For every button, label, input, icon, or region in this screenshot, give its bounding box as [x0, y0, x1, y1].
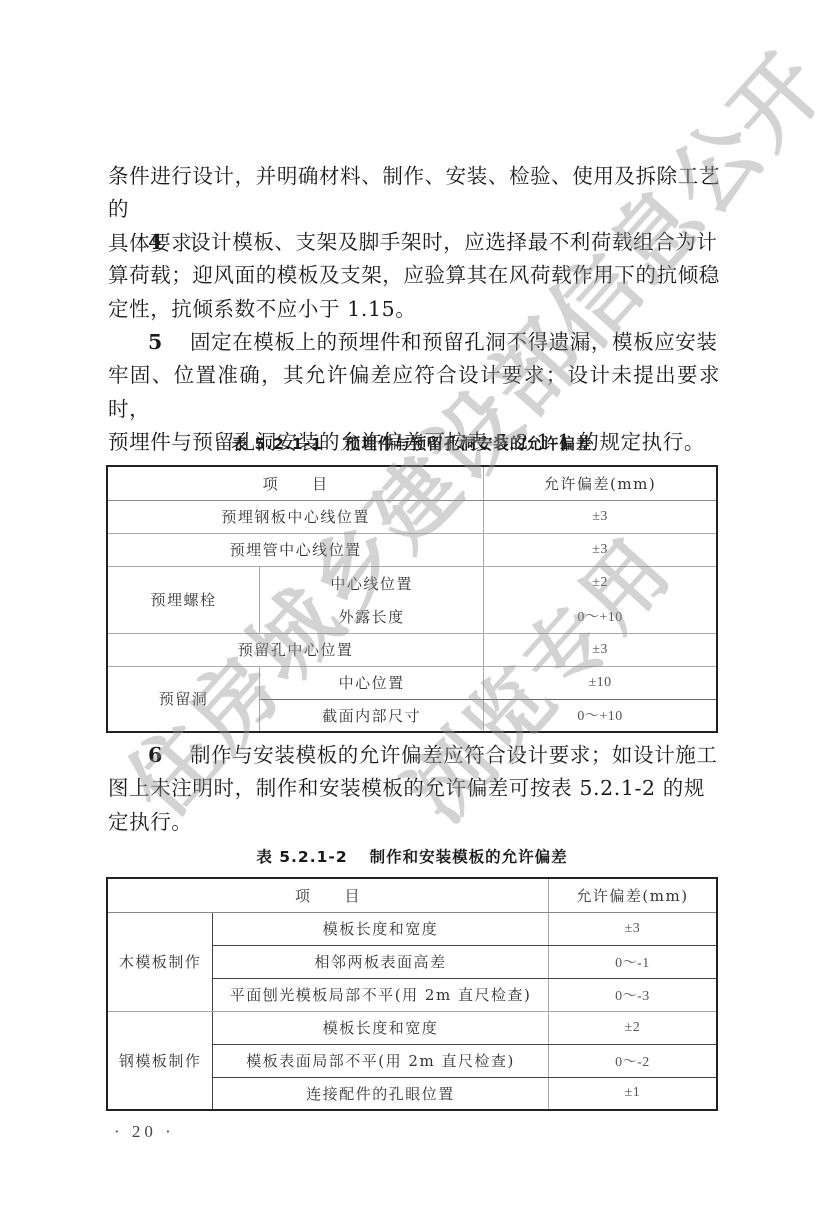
item-number: 4 — [148, 226, 190, 259]
paragraph-item-6: 6制作与安装模板的允许偏差应符合设计要求；如设计施工 图上未注明时，制作和安装模… — [108, 739, 720, 839]
row-item: 相邻两板表面高差 — [213, 945, 549, 978]
row-item: 模板表面局部不平(用 2m 直尺检查) — [213, 1044, 549, 1077]
item-first-line: 固定在模板上的预埋件和预留孔洞不得遗漏，模板应安装 — [190, 330, 718, 354]
table-1: 项 目 允许偏差(mm) 预埋钢板中心线位置 ±3 预埋管中心线位置 ±3 预埋… — [106, 465, 718, 733]
row-group: 木模板制作 — [107, 912, 213, 1011]
text-line: 定执行。 — [108, 806, 720, 839]
item-number: 6 — [148, 739, 190, 772]
row-tolerance: ±3 — [484, 633, 717, 666]
table-header-row: 项 目 允许偏差(mm) — [107, 466, 717, 500]
caption-title: 制作和安装模板的允许偏差 — [370, 848, 568, 866]
row-item: 预埋钢板中心线位置 — [107, 500, 484, 533]
header-tolerance: 允许偏差(mm) — [548, 878, 717, 912]
table-row: 预留洞 中心位置 ±10 — [107, 666, 717, 699]
table-2: 项 目 允许偏差(mm) 木模板制作 模板长度和宽度 ±3 相邻两板表面高差 0… — [106, 877, 718, 1111]
row-item: 预埋管中心线位置 — [107, 533, 484, 566]
row-item: 模板长度和宽度 — [213, 912, 549, 945]
table-2-caption: 表 5.2.1-2制作和安装模板的允许偏差 — [106, 845, 718, 867]
row-item: 外露长度 — [259, 600, 483, 633]
text-line: 4设计模板、支架及脚手架时，应选择最不利荷载组合为计 — [108, 226, 720, 259]
document-page: 条件进行设计，并明确材料、制作、安装、检验、使用及拆除工艺的 具体要求。 4设计… — [0, 0, 824, 1216]
row-item: 预留孔中心位置 — [107, 633, 484, 666]
text-line: 条件进行设计，并明确材料、制作、安装、检验、使用及拆除工艺的 — [108, 160, 720, 227]
item-first-line: 设计模板、支架及脚手架时，应选择最不利荷载组合为计 — [190, 230, 718, 254]
paragraph-item-4: 4设计模板、支架及脚手架时，应选择最不利荷载组合为计 算荷载；迎风面的模板及支架… — [108, 226, 720, 326]
caption-number: 表 5.2.1-1 — [232, 435, 323, 453]
row-tolerance: 0～+10 — [484, 600, 717, 633]
table-row: 预埋管中心线位置 ±3 — [107, 533, 717, 566]
row-group: 预留洞 — [107, 666, 259, 732]
row-tolerance: 0～+10 — [484, 699, 717, 732]
header-item: 项 目 — [107, 878, 548, 912]
text-line: 算荷载；迎风面的模板及支架，应验算其在风荷载作用下的抗倾稳 — [108, 259, 720, 292]
row-tolerance: ±1 — [548, 1077, 717, 1110]
row-item: 中心线位置 — [259, 566, 483, 600]
row-tolerance: 0～-2 — [548, 1044, 717, 1077]
text-line: 定性，抗倾系数不应小于 1.15。 — [108, 293, 720, 326]
row-item: 截面内部尺寸 — [259, 699, 483, 732]
row-tolerance: ±3 — [484, 500, 717, 533]
header-tolerance: 允许偏差(mm) — [484, 466, 717, 500]
table-row: 木模板制作 模板长度和宽度 ±3 — [107, 912, 717, 945]
text-line: 5固定在模板上的预埋件和预留孔洞不得遗漏，模板应安装 — [108, 326, 720, 359]
row-tolerance: ±3 — [484, 533, 717, 566]
table-row: 预留孔中心位置 ±3 — [107, 633, 717, 666]
row-tolerance: 0～-1 — [548, 945, 717, 978]
item-first-line: 制作与安装模板的允许偏差应符合设计要求；如设计施工 — [190, 743, 718, 767]
text-line: 图上未注明时，制作和安装模板的允许偏差可按表 5.2.1-2 的规 — [108, 772, 720, 805]
caption-number: 表 5.2.1-2 — [256, 848, 347, 866]
row-tolerance: ±3 — [548, 912, 717, 945]
row-tolerance: 0～-3 — [548, 978, 717, 1011]
row-item: 模板长度和宽度 — [213, 1011, 549, 1044]
page-number: · 20 · — [114, 1122, 175, 1142]
header-item: 项 目 — [107, 466, 484, 500]
text-line: 牢固、位置准确，其允许偏差应符合设计要求；设计未提出要求时， — [108, 359, 720, 426]
row-tolerance: ±10 — [484, 666, 717, 699]
item-number: 5 — [148, 326, 190, 359]
caption-title: 预埋件与预留孔洞安装的允许偏差 — [345, 435, 593, 453]
table-header-row: 项 目 允许偏差(mm) — [107, 878, 717, 912]
row-tolerance: ±2 — [484, 566, 717, 600]
table-1-caption: 表 5.2.1-1预埋件与预留孔洞安装的允许偏差 — [106, 432, 718, 454]
row-tolerance: ±2 — [548, 1011, 717, 1044]
text-line: 6制作与安装模板的允许偏差应符合设计要求；如设计施工 — [108, 739, 720, 772]
row-group: 钢模板制作 — [107, 1011, 213, 1110]
table-row: 钢模板制作 模板长度和宽度 ±2 — [107, 1011, 717, 1044]
row-item: 中心位置 — [259, 666, 483, 699]
row-group: 预埋螺栓 — [107, 566, 259, 633]
row-item: 连接配件的孔眼位置 — [213, 1077, 549, 1110]
table-row: 预埋螺栓 中心线位置 ±2 — [107, 566, 717, 600]
row-item: 平面刨光模板局部不平(用 2m 直尺检查) — [213, 978, 549, 1011]
table-row: 预埋钢板中心线位置 ±3 — [107, 500, 717, 533]
